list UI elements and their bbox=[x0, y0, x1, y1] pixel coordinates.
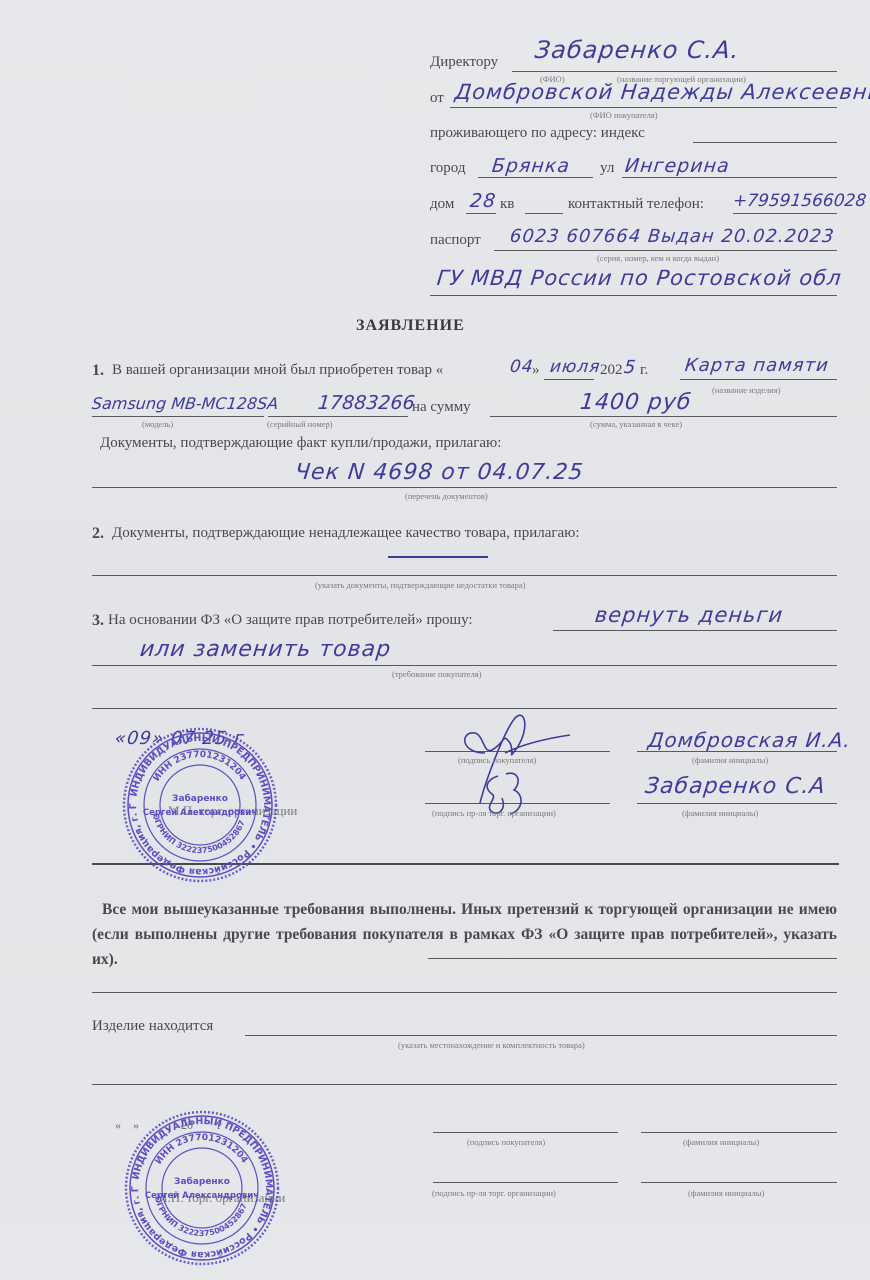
section1-product-value[interactable]: Карта памяти bbox=[684, 355, 830, 376]
model-caption: (модель) bbox=[142, 419, 173, 429]
director-label: Директору bbox=[430, 54, 498, 71]
street-label: ул bbox=[600, 160, 614, 177]
seller-sign-caption-1: (подпись пр-ля торг. организации) bbox=[432, 808, 556, 818]
docs-caption: (перечень документов) bbox=[405, 491, 488, 501]
item-location-caption: (указать местонахождение и комплектность… bbox=[398, 1040, 585, 1050]
closing-field-line-2 bbox=[92, 992, 837, 993]
item-location-label: Изделие находится bbox=[92, 1018, 213, 1035]
item-location-line-2 bbox=[92, 1084, 837, 1085]
section3-number: 3. bbox=[92, 612, 104, 630]
seller-signature-line-2 bbox=[433, 1182, 618, 1183]
passport-field-line-2 bbox=[430, 295, 837, 296]
product-caption: (название изделия) bbox=[712, 385, 781, 395]
section1-number: 1. bbox=[92, 362, 104, 380]
passport-value-line-2[interactable]: ГУ МВД России по Ростовской обл bbox=[436, 266, 843, 290]
section3-field-line-1 bbox=[553, 630, 837, 631]
model-field-line bbox=[92, 416, 264, 417]
document-page: Директору Забаренко С.А. (ФИО) (название… bbox=[0, 0, 870, 1280]
seller-name-line-1 bbox=[637, 803, 837, 804]
section2-number: 2. bbox=[92, 525, 104, 543]
buyer-name-caption-2: (фамилия инициалы) bbox=[683, 1137, 759, 1147]
section3-text: На основании ФЗ «О защите прав потребите… bbox=[108, 612, 473, 629]
phone-field-line bbox=[733, 213, 837, 214]
section1-day-value[interactable]: 04 bbox=[509, 357, 535, 377]
month-field-line bbox=[544, 379, 594, 380]
document-title: ЗАЯВЛЕНИЕ bbox=[356, 317, 465, 335]
svg-text:Забаренко: Забаренко bbox=[172, 793, 228, 804]
passport-caption: (серия, номер, кем и когда выдан) bbox=[597, 253, 719, 263]
section1-year-suffix: г. bbox=[640, 362, 648, 379]
section3-caption: (требование покупателя) bbox=[392, 669, 482, 679]
phone-label: контактный телефон: bbox=[568, 196, 704, 213]
section1-month-value[interactable]: июля bbox=[549, 357, 602, 377]
passport-value[interactable]: 6023 607664 Выдан 20.02.2023 bbox=[509, 226, 836, 247]
section1-model-value[interactable]: Samsung MB-MC128SA bbox=[91, 394, 279, 413]
serial-caption: (серийный номер) bbox=[267, 419, 333, 429]
section1-serial-value[interactable]: 17883266 bbox=[317, 392, 416, 414]
from-label: от bbox=[430, 90, 444, 107]
section2-caption: (указать документы, подтверждающие недос… bbox=[315, 580, 526, 590]
section2-field-line bbox=[92, 575, 837, 576]
street-value[interactable]: Ингерина bbox=[624, 155, 731, 177]
product-field-line bbox=[680, 379, 837, 380]
seller-sign-caption-2: (подпись пр-ля торг. организации) bbox=[432, 1188, 556, 1198]
section3-field-line-2 bbox=[92, 665, 837, 666]
sum-label: на сумму bbox=[412, 399, 471, 416]
section1-year-value[interactable]: 5 bbox=[623, 357, 638, 378]
house-label: дом bbox=[430, 196, 454, 213]
from-caption: (ФИО покупателя) bbox=[590, 110, 658, 120]
director-value[interactable]: Забаренко С.А. bbox=[534, 36, 741, 64]
organization-stamp-2: ИНДИВИДУАЛЬНЫЙ ПРЕДПРИНИМАТЕЛЬ • Российс… bbox=[122, 1108, 282, 1268]
house-field-line bbox=[466, 213, 496, 214]
from-value[interactable]: Домбровской Надежды Алексеевны bbox=[454, 80, 870, 104]
svg-text:Сергей Александрович: Сергей Александрович bbox=[143, 808, 257, 818]
phone-value[interactable]: +79591566028 bbox=[732, 191, 867, 211]
director-field-line bbox=[512, 71, 837, 72]
docs-value[interactable]: Чек N 4698 от 04.07.25 bbox=[294, 460, 585, 485]
address-index-line bbox=[693, 142, 837, 143]
buyer-sign-caption-2: (подпись покупателя) bbox=[467, 1137, 545, 1147]
city-value[interactable]: Брянка bbox=[491, 155, 571, 177]
section1-sum-value[interactable]: 1400 руб bbox=[579, 390, 693, 415]
svg-text:Забаренко: Забаренко bbox=[174, 1176, 230, 1187]
sum-caption: (сумма, указанная в чеке) bbox=[590, 419, 682, 429]
buyer-name-line-2 bbox=[641, 1132, 837, 1133]
apt-field-line bbox=[525, 213, 563, 214]
from-field-line bbox=[450, 107, 837, 108]
house-value[interactable]: 28 bbox=[469, 190, 497, 212]
buyer-name-caption-1: (фамилия инициалы) bbox=[692, 755, 768, 765]
sum-field-line bbox=[490, 416, 837, 417]
section2-text: Документы, подтверждающие ненадлежащее к… bbox=[112, 525, 580, 542]
svg-text:ИНН 237701231204: ИНН 237701231204 bbox=[154, 1133, 249, 1167]
section1-text: В вашей организации мной был приобретен … bbox=[112, 362, 443, 379]
organization-stamp-1: ИНДИВИДУАЛЬНЫЙ ПРЕДПРИНИМАТЕЛЬ • Российс… bbox=[120, 725, 280, 885]
section3-value-line-2[interactable]: или заменить товар bbox=[139, 637, 393, 662]
section3-value-line-1[interactable]: вернуть деньги bbox=[594, 603, 785, 627]
city-field-line bbox=[478, 177, 593, 178]
docs-field-line bbox=[92, 487, 837, 488]
buyer-name-value[interactable]: Домбровская И.А. bbox=[647, 728, 853, 752]
section1-quote-close: » bbox=[532, 362, 540, 379]
seller-name-caption-1: (фамилия инициалы) bbox=[682, 808, 758, 818]
seller-name-line-2 bbox=[641, 1182, 837, 1183]
street-field-line bbox=[622, 177, 837, 178]
passport-field-line bbox=[494, 250, 837, 251]
seller-name-value[interactable]: Забаренко С.А bbox=[644, 774, 827, 799]
section1-year-prefix: 202 bbox=[600, 362, 623, 379]
passport-label: паспорт bbox=[430, 232, 481, 249]
buyer-signature-line-2 bbox=[433, 1132, 618, 1133]
seller-name-caption-2: (фамилия инициалы) bbox=[688, 1188, 764, 1198]
section2-value-dash[interactable] bbox=[388, 556, 488, 558]
apt-label: кв bbox=[500, 196, 514, 213]
closing-field-line-1 bbox=[428, 958, 837, 959]
address-label: проживающего по адресу: индекс bbox=[430, 125, 645, 142]
svg-text:ИНН 237701231204: ИНН 237701231204 bbox=[152, 750, 247, 784]
docs-text: Документы, подтверждающие факт купли/про… bbox=[100, 435, 501, 452]
city-label: город bbox=[430, 160, 465, 177]
closing-paragraph: Все мои вышеуказанные требования выполне… bbox=[92, 897, 837, 972]
svg-text:Сергей Александрович: Сергей Александрович bbox=[145, 1191, 259, 1201]
item-location-line bbox=[245, 1035, 837, 1036]
buyer-sign-caption-1: (подпись покупателя) bbox=[458, 755, 536, 765]
serial-field-line bbox=[268, 416, 408, 417]
